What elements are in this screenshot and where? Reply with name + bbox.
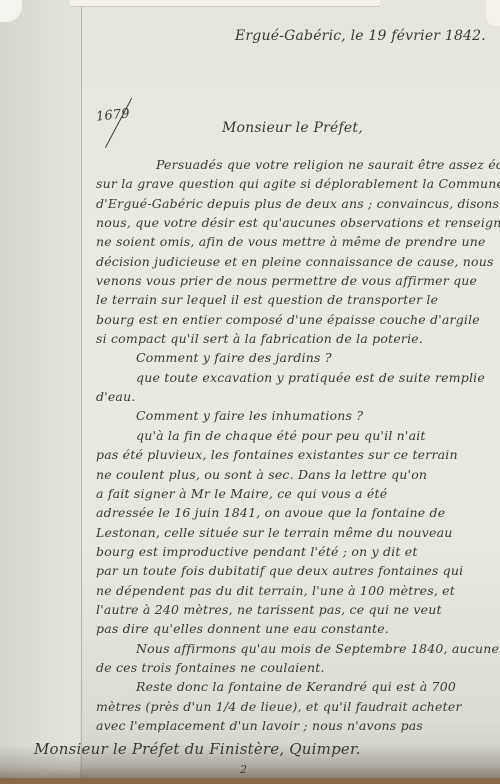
body-line: nous, que votre désir est qu'aucunes obs…: [96, 215, 500, 230]
torn-top-edge: [70, 0, 380, 7]
body-line: mètres (près d'un 1/4 de lieue), et qu'i…: [96, 699, 462, 714]
body-line: bourg est en entier composé d'une épaiss…: [96, 312, 480, 327]
body-line: pas été pluvieux, les fontaines existant…: [96, 447, 458, 462]
body-line: a fait signer à Mr le Maire, ce qui vous…: [96, 486, 387, 501]
body-line: Nous affirmons qu'au mois de Septembre 1…: [136, 641, 499, 656]
body-line: pas dire qu'elles donnent une eau consta…: [96, 621, 389, 636]
body-line: qu'à la fin de chaque été pour peu qu'il…: [136, 428, 426, 443]
body-line: Comment y faire les inhumations ?: [136, 408, 363, 423]
body-line: de ces trois fontaines ne coulaient.: [96, 660, 325, 675]
body-line: ne soient omis, afin de vous mettre à mê…: [96, 234, 486, 249]
place-date: Ergué-Gabéric, le 19 février 1842.: [235, 28, 486, 44]
body-line: Persuadés que votre religion ne saurait …: [156, 157, 500, 172]
body-line: Reste donc la fontaine de Kerandré qui e…: [136, 679, 456, 694]
body-line: l'autre à 240 mètres, ne tarissent pas, …: [96, 602, 442, 617]
body-line: Lestonan, celle située sur le terrain mê…: [96, 525, 453, 540]
body-line: d'Ergué-Gabéric depuis plus de deux ans …: [96, 196, 499, 211]
body-line: par un toute fois dubitatif que deux aut…: [96, 563, 463, 578]
body-line: ne coulent plus, ou sont à sec. Dans la …: [96, 467, 427, 482]
body-line: que toute excavation y pratiquée est de …: [136, 370, 485, 385]
body-line: si compact qu'il sert à la fabrication d…: [96, 331, 423, 346]
salutation: Monsieur le Préfet,: [222, 120, 363, 136]
body-line: avec l'emplacement d'un lavoir ; nous n'…: [96, 718, 423, 733]
body-line: le terrain sur lequel il est question de…: [96, 292, 438, 307]
torn-right-corner: [486, 0, 500, 26]
margin-rule: [81, 0, 82, 784]
body-line: Comment y faire des jardins ?: [136, 350, 332, 365]
letter-page: Ergué-Gabéric, le 19 février 1842. 1679 …: [0, 0, 500, 784]
body-line: bourg est improductive pendant l'été ; o…: [96, 544, 418, 559]
body-line: ne dépendent pas du dit terrain, l'une à…: [96, 583, 455, 598]
body-line: d'eau.: [96, 389, 136, 404]
body-line: décision judicieuse et en pleine connais…: [96, 254, 494, 269]
body-line: sur la grave question qui agite si déplo…: [96, 176, 500, 191]
left-margin-strip: [0, 0, 80, 784]
body-line: adressée le 16 juin 1841, on avoue que l…: [96, 505, 445, 520]
bottom-edge: [0, 778, 500, 784]
body-line: venons vous prier de nous permettre de v…: [96, 273, 477, 288]
